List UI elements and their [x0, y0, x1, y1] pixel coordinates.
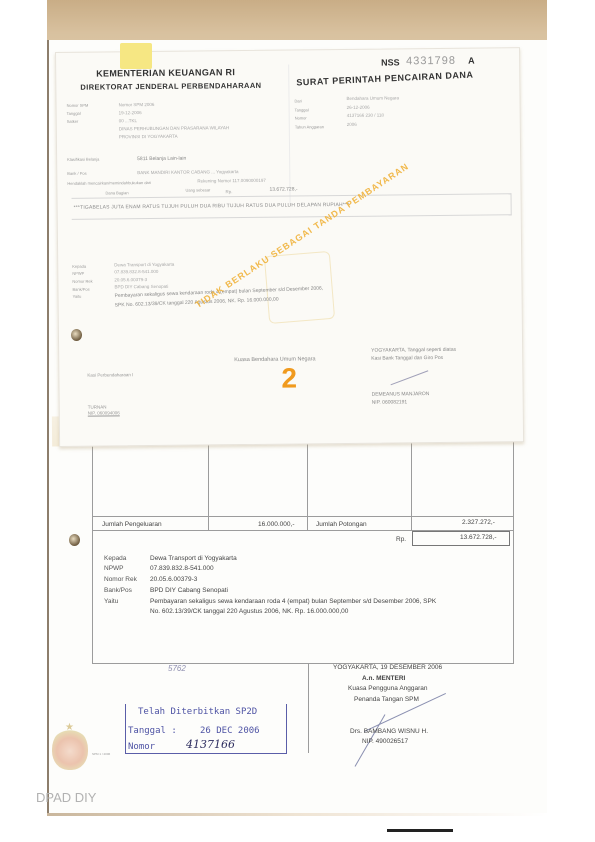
sticky-note — [120, 43, 152, 69]
field-value: 4137166 230 / 118 — [347, 113, 384, 118]
transfer-value: Rekening Nomor 117.0090000197 — [197, 178, 266, 184]
field-value: 2006 — [347, 122, 357, 127]
field-label: Nomor — [295, 115, 307, 120]
sign-nip: NIP. 490026517 — [362, 738, 408, 745]
form-code: SPM 1 / 2006 — [92, 752, 110, 756]
yogyakarta-crest-icon: ★ — [52, 728, 88, 770]
npwp-value: 07.839.832.8-541.000 — [150, 565, 214, 572]
field-value: Bendahara Umum Negara — [346, 95, 399, 101]
stamp-nomor-label: Nomor — [128, 742, 155, 752]
sign-role2: Penanda Tangan SPM — [354, 696, 419, 703]
field-label: Dari — [295, 98, 302, 103]
page-edge-shadow — [47, 813, 547, 816]
directorate-name: DIREKTORAT JENDERAL PERBENDAHARAAN — [80, 81, 261, 92]
table-divider — [308, 663, 309, 753]
field-value: 20.05.6.00379-3 — [114, 277, 147, 282]
jumlah-pengeluaran-label: Jumlah Pengeluaran — [102, 521, 162, 528]
field-label: Tanggal — [67, 111, 81, 116]
stamp-tanggal-label: Tanggal : — [128, 726, 177, 736]
table-divider — [92, 663, 514, 664]
copy-number: 2 — [281, 362, 297, 394]
signer-right-name: DEMEANUS MANJARON — [372, 391, 430, 398]
signer-left-name: TURNAN — [88, 404, 107, 409]
nss-label: NSS — [381, 57, 400, 67]
field-value: Nomor SPM 2006 — [119, 102, 155, 107]
ministry-name: KEMENTERIAN KEUANGAN RI — [96, 67, 235, 78]
rp-label: Rp. — [396, 536, 406, 543]
field-label: Tahun Anggaran — [295, 124, 324, 129]
nss-number: 4331798 — [406, 55, 456, 68]
dana-label: Dana Bagian — [105, 190, 128, 195]
bank-label: Bank/Pos — [104, 587, 132, 594]
field-value: DINAS PERHUBUNGAN DAN PRASARANA WILAYAH — [119, 125, 229, 131]
table-divider — [92, 516, 514, 517]
jumlah-potongan-value: 2.327.272,- — [462, 519, 495, 526]
document-title: SURAT PERINTAH PENCAIRAN DANA — [296, 70, 473, 88]
rp-label: Rp. — [225, 189, 232, 194]
field-value: Dewa Transport di Yogyakarta — [114, 262, 174, 268]
field-value: 07.839.832.8-541.000 — [114, 269, 158, 274]
punch-hole — [69, 534, 80, 546]
sign-name: Drs. BAMBANG WISNU H. — [350, 728, 428, 735]
signer-right-line2: Kasi Bank Tanggal dan Giro Pos — [371, 355, 443, 362]
scan-marker-bar — [387, 829, 453, 832]
field-label: Bank/Pos — [72, 287, 89, 292]
payee-label: Kepada — [104, 555, 126, 562]
amount-value: 13.672.728,- — [269, 186, 297, 192]
yaitu-value: Pembayaran sekaligus sewa kendaraan roda… — [150, 598, 436, 605]
spm-table — [92, 428, 514, 664]
sign-an: A.n. MENTERI — [362, 675, 405, 682]
field-value: BPD DIY Cabang Senopati — [114, 284, 168, 290]
field-label: NPWP — [72, 271, 84, 276]
signer-right-line1: YOGYAKARTA, Tanggal seperti diatas — [371, 347, 456, 354]
payee-value: Dewa Transport di Yogyakarta — [150, 555, 237, 562]
jumlah-potongan-label: Jumlah Potongan — [316, 521, 367, 528]
field-label: Nomor Rek — [72, 279, 92, 284]
jumlah-pengeluaran-value: 16.000.000,- — [258, 521, 295, 528]
stamp-tanggal-value: 26 DEC 2006 — [200, 726, 260, 736]
handwritten-note: 5762 — [168, 664, 186, 673]
sign-role1: Kuasa Pengguna Anggaran — [348, 685, 428, 692]
bank-value: BPD DIY Cabang Senopati — [150, 587, 228, 594]
field-label: Tanggal — [295, 107, 309, 112]
klasifikasi-value: 5811 Belanja Lain-lain — [137, 156, 186, 163]
signature-mark — [391, 370, 429, 385]
sign-place-date: YOGYAKARTA, 19 DESEMBER 2006 — [333, 664, 442, 671]
klasifikasi-label: Klasifikasi Belanja — [67, 157, 99, 162]
bank-label: Bank / Pos — [67, 171, 86, 176]
field-label: Yaitu — [73, 294, 82, 299]
punch-hole — [71, 329, 82, 341]
stamp-nomor-value: 4137166 — [186, 738, 235, 751]
stamp-line1: Telah Diterbitkan SP2D — [138, 707, 257, 717]
star-icon: ★ — [65, 722, 74, 733]
field-value: 19-12-2006 — [119, 110, 142, 115]
header-divider — [288, 65, 290, 205]
transfer-label: Hendaklah mencairkan/memindahbukukan dar… — [67, 180, 151, 186]
bank-value: BANK MANDIRI KANTOR CABANG ... Yogyakart… — [137, 169, 238, 175]
field-label: Satker — [67, 119, 79, 124]
rek-value: 20.05.6.00379-3 — [150, 576, 197, 583]
nss-suffix: A — [468, 56, 475, 66]
field-value: 00 ...TKL — [119, 118, 137, 123]
signer-right-nip: NIP. 060082191 — [372, 399, 408, 405]
rek-label: Nomor Rek — [104, 576, 137, 583]
yaitu-label: Yaitu — [104, 598, 118, 605]
signer-left-title: Kasi Perbendaharaan I — [87, 372, 133, 377]
watermark-text: DPAD DIY — [36, 790, 96, 805]
field-value: 26-12-2006 — [347, 105, 370, 110]
field-value: PROVINSI DI YOGYAKARTA — [119, 134, 178, 140]
field-label: Nomor SPM — [67, 103, 89, 108]
npwp-label: NPWP — [104, 565, 124, 572]
field-label: Kepada — [72, 264, 86, 269]
uang-label: Uang sebesar — [185, 187, 210, 192]
signer-mid-title: Kuasa Bendahara Umum Negara — [234, 356, 315, 363]
signer-left-nip: NIP. 060094006 — [88, 410, 120, 415]
sp2d-slip: KEMENTERIAN KEUANGAN RI DIREKTORAT JENDE… — [55, 47, 524, 447]
yaitu-value-cont: No. 602.13/39/CK tanggal 220 Agustus 200… — [150, 608, 348, 615]
net-amount-value: 13.672.728,- — [460, 534, 497, 541]
